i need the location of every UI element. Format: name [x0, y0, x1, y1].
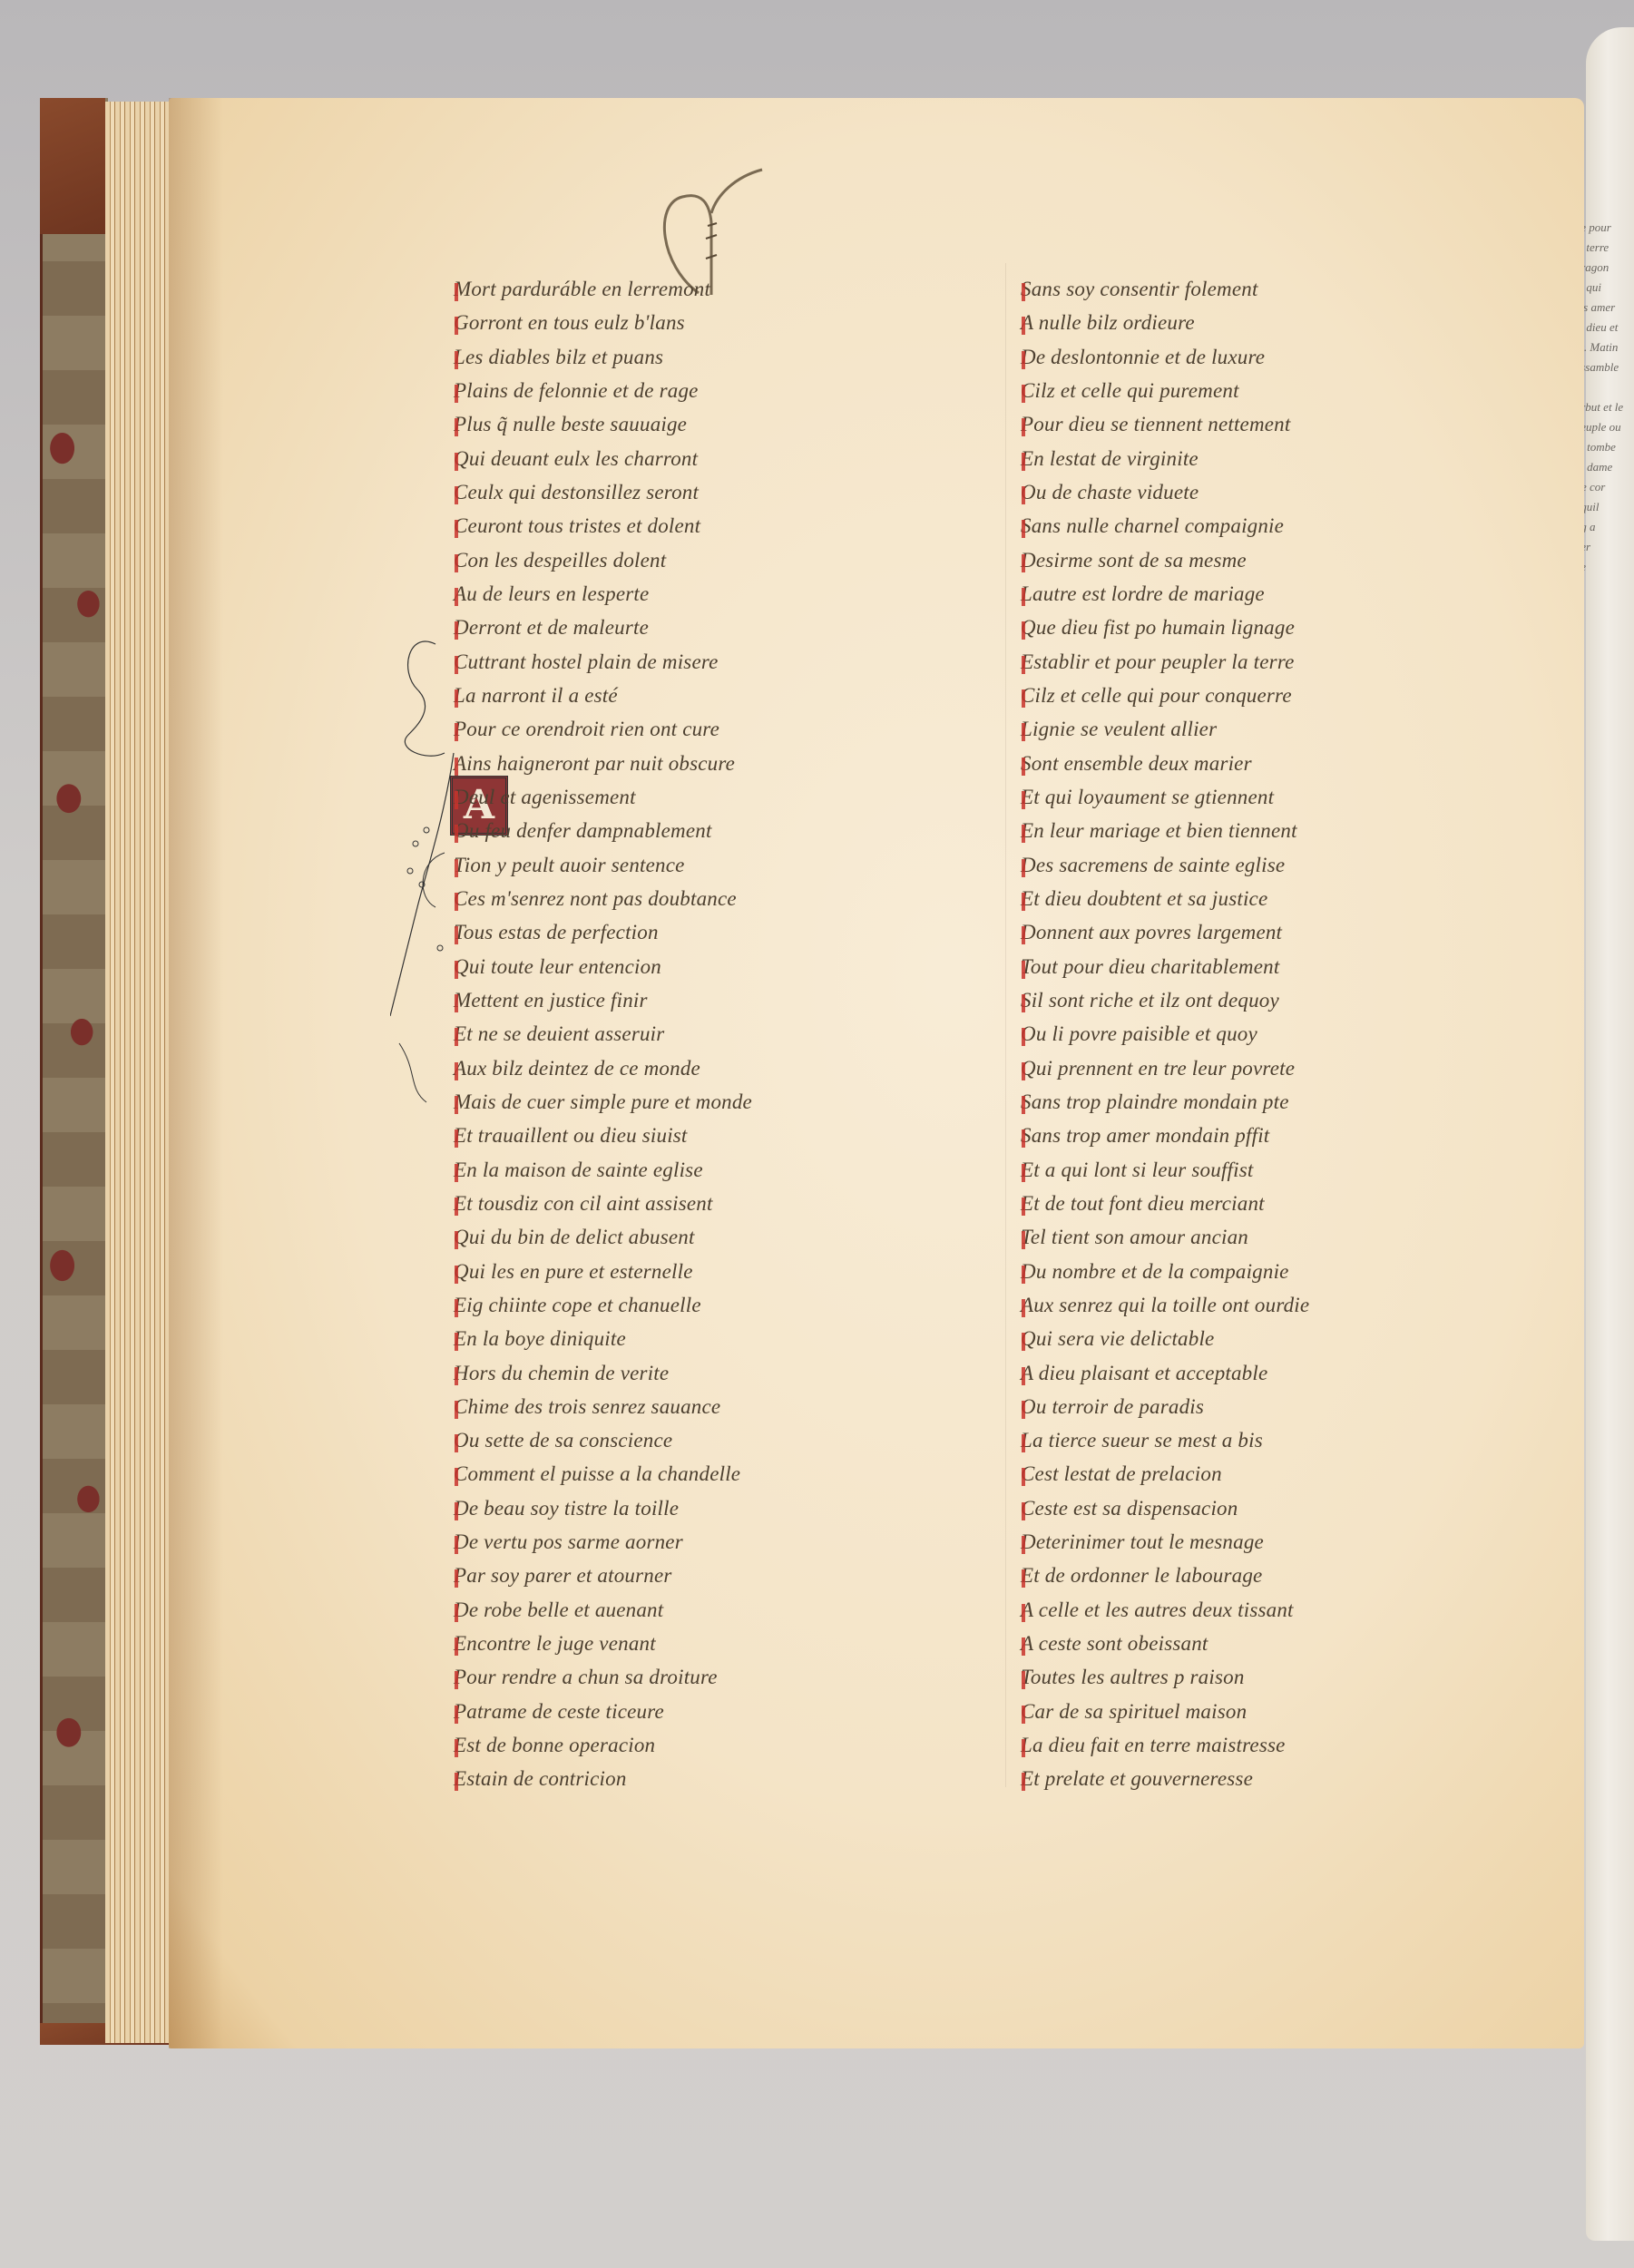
verse-line-text: ous estas de perfection — [464, 921, 659, 943]
rubricated-initial: E — [1021, 1564, 1033, 1587]
verse-line-text: ue dieu fist po humain lignage — [1036, 616, 1295, 639]
verse-line-text: ins haigneront par nuit obscure — [466, 752, 735, 775]
rubricated-initial: E — [1021, 887, 1033, 910]
verse-line: Sans trop plaindre mondain pte — [1021, 1085, 1474, 1119]
rubricated-initial: E — [1021, 650, 1033, 673]
verse-line-text: ui du bin de delict abusent — [469, 1226, 695, 1248]
verse-line-text: esirme sont de sa mesme — [1036, 549, 1247, 572]
rubricated-initial: T — [454, 854, 465, 876]
rubricated-initial: E — [454, 1158, 466, 1181]
verse-line-text: a narront il a esté — [465, 684, 618, 707]
verse-line-text: e robe belle et auenant — [469, 1598, 664, 1621]
rubricated-initial: D — [454, 1497, 469, 1520]
verse-line: Et ne se deuient asseruir — [454, 1017, 880, 1051]
rubricated-initial: E — [454, 1124, 466, 1147]
verse-line: Desirme sont de sa mesme — [1021, 543, 1474, 577]
verse-line: Et a qui lont si leur souffist — [1021, 1153, 1474, 1187]
rubricated-initial: Q — [454, 447, 469, 470]
verse-line: Du nombre et de la compaignie — [1021, 1255, 1474, 1288]
verse-line-text: t trauaillent ou dieu siuist — [466, 1124, 687, 1147]
verse-line-text: t de tout font dieu merciant — [1033, 1192, 1265, 1215]
verse-line-text: our ce orendroit rien ont cure — [466, 718, 719, 740]
verse-line-text: u terroir de paradis — [1036, 1395, 1204, 1418]
verse-line-text: t de ordonner le labourage — [1033, 1564, 1262, 1587]
rubricated-initial: D — [1021, 1530, 1036, 1553]
verse-line: De vertu pos sarme aorner — [454, 1525, 880, 1559]
verse-line-text: ui toute leur entencion — [469, 955, 661, 978]
verse-line: Et de ordonner le labourage — [1021, 1559, 1474, 1592]
rubricated-initial: C — [1021, 379, 1035, 402]
verse-line: En lestat de virginite — [1021, 442, 1474, 475]
verse-line: Est de bonne operacion — [454, 1728, 880, 1762]
right-column-text: Sans soy consentir folementA nulle bilz … — [1021, 272, 1474, 1796]
verse-line-text: hime des trois senrez sauance — [468, 1395, 721, 1418]
verse-line-text: omment el puisse a la chandelle — [468, 1462, 741, 1485]
verse-line: Et dieu doubtent et sa justice — [1021, 882, 1474, 915]
verse-line: Et de tout font dieu merciant — [1021, 1187, 1474, 1220]
verse-line-text: our rendre a chun sa droiture — [466, 1666, 717, 1688]
verse-line: Ou terroir de paradis — [1021, 1390, 1474, 1423]
rubricated-initial: S — [1021, 1090, 1032, 1113]
verse-line-text: ux senrez qui la toille ont ourdie — [1033, 1294, 1309, 1316]
verse-line-text: stain de contricion — [466, 1767, 626, 1790]
verse-line: Establir et pour peupler la terre — [1021, 645, 1474, 679]
verse-line: Deul et agenissement — [454, 780, 880, 814]
verse-line-text: est lestat de prelacion — [1035, 1462, 1222, 1485]
rubricated-initial: A — [454, 752, 466, 775]
verse-line-text: ui deuant eulx les charront — [469, 447, 698, 470]
verse-line-text: este est sa dispensacion — [1035, 1497, 1238, 1520]
rubricated-initial: O — [454, 819, 469, 842]
verse-line: Comment el puisse a la chandelle — [454, 1457, 880, 1491]
verse-line-text: ui prennent en tre leur povrete — [1036, 1057, 1295, 1080]
pen-flourish-icon — [390, 635, 463, 1107]
rubricated-initial: P — [454, 413, 466, 435]
verse-line: Et trauaillent ou dieu siuist — [454, 1119, 880, 1152]
verse-line: De robe belle et auenant — [454, 1593, 880, 1627]
verse-line: Et prelate et gouverneresse — [1021, 1762, 1474, 1795]
verse-line: Et tousdiz con cil aint assisent — [454, 1187, 880, 1220]
verse-line-text: ui les en pure et esternelle — [469, 1260, 693, 1283]
rubricated-initial: Q — [454, 1260, 469, 1283]
verse-line: Les diables bilz et puans — [454, 340, 880, 374]
verse-line-text: n lestat de virginite — [1033, 447, 1199, 470]
rubricated-initial: C — [1021, 684, 1035, 707]
verse-line: Donnent aux povres largement — [1021, 915, 1474, 949]
verse-line-text: eulx qui destonsillez seront — [468, 481, 700, 503]
verse-line-text: ion y peult auoir sentence — [465, 854, 685, 876]
rubricated-initial: E — [454, 1734, 466, 1756]
verse-line-text: el tient son amour ancian — [1031, 1226, 1248, 1248]
verse-line-text: ux bilz deintez de ce monde — [466, 1057, 700, 1080]
verse-line: Eig chiinte cope et chanuelle — [454, 1288, 880, 1322]
verse-line: Pour rendre a chun sa droiture — [454, 1660, 880, 1694]
verse-line: Ains haigneront par nuit obscure — [454, 747, 880, 780]
verse-line: Par soy parer et atourner — [454, 1559, 880, 1592]
verse-line: Qui du bin de delict abusent — [454, 1220, 880, 1254]
verse-line-text: ans soy consentir folement — [1032, 278, 1258, 300]
rubricated-initial: D — [454, 786, 469, 808]
verse-line: Et qui loyaument se gtiennent — [1021, 780, 1474, 814]
verse-line: Ou sette de sa conscience — [454, 1423, 880, 1457]
gutter-shadow — [169, 98, 223, 2048]
rubricated-initial: D — [454, 616, 469, 639]
verse-line: Ou li povre paisible et quoy — [1021, 1017, 1474, 1051]
rubricated-initial: P — [454, 718, 466, 740]
verse-line: De deslontonnie et de luxure — [1021, 340, 1474, 374]
verse-line-text: ilz et celle qui purement — [1035, 379, 1239, 402]
verse-line: En la maison de sainte eglise — [454, 1153, 880, 1187]
rubricated-initial: P — [454, 1564, 466, 1587]
verse-line-text: u de leurs en lesperte — [466, 582, 649, 605]
verse-line-text: u de chaste viduete — [1036, 481, 1199, 503]
verse-line-text: ont ensemble deux marier — [1032, 752, 1252, 775]
verse-line: Pour ce orendroit rien ont cure — [454, 712, 880, 746]
verse-line-text: n la maison de sainte eglise — [466, 1158, 703, 1181]
rubricated-initial: C — [454, 549, 468, 572]
verse-line: Mort parduráble en lerremont — [454, 272, 880, 306]
verse-line-text: n leur mariage et bien tiennent — [1033, 819, 1296, 842]
verse-line: Estain de contricion — [454, 1762, 880, 1795]
verse-line: Ou feu denfer dampnablement — [454, 814, 880, 847]
rubricated-initial: D — [1021, 549, 1036, 572]
rubricated-initial: S — [1021, 278, 1032, 300]
verse-line: La dieu fait en terre maistresse — [1021, 1728, 1474, 1762]
verse-line-text: ans trop plaindre mondain pte — [1032, 1090, 1289, 1113]
verse-line: Qui deuant eulx les charront — [454, 442, 880, 475]
rubricated-initial: A — [454, 582, 466, 605]
verse-line-text: celle et les autres deux tissant — [1033, 1598, 1294, 1621]
verse-line-text: a tierce sueur se mest a bis — [1032, 1429, 1263, 1452]
verse-line: Aux bilz deintez de ce monde — [454, 1051, 880, 1085]
verse-line: Tout pour dieu charitablement — [1021, 950, 1474, 983]
rubricated-initial: C — [1021, 1462, 1035, 1485]
verse-line-text: ans nulle charnel compaignie — [1032, 514, 1284, 537]
rubricated-initial: M — [454, 1090, 471, 1113]
book-binding-marbled — [40, 98, 108, 2044]
verse-line-text: on les despeilles dolent — [468, 549, 667, 572]
rubricated-initial: O — [1021, 1395, 1036, 1418]
verse-line-text: eul et agenissement — [469, 786, 636, 808]
verse-line-text: ignie se veulent allier — [1032, 718, 1217, 740]
rubricated-initial: D — [454, 1598, 469, 1621]
verse-line-text: eterinimer tout le mesnage — [1036, 1530, 1264, 1553]
verse-line-text: ort parduráble en lerremont — [471, 278, 710, 300]
verse-line: Ceste est sa dispensacion — [1021, 1491, 1474, 1525]
rubricated-initial: L — [454, 346, 465, 368]
rubricated-initial: P — [454, 1700, 466, 1723]
verse-line: Cuttrant hostel plain de misere — [454, 645, 880, 679]
verse-line-text: e vertu pos sarme aorner — [469, 1530, 683, 1553]
verse-line: La tierce sueur se mest a bis — [1021, 1423, 1474, 1457]
left-column-text: Mort parduráble en lerremontGorront en t… — [454, 272, 880, 1796]
rubricated-initial: H — [454, 1362, 469, 1384]
rubricated-initial: S — [1021, 1124, 1032, 1147]
verse-line: Des sacremens de sainte eglise — [1021, 848, 1474, 882]
verse-line-text: a dieu fait en terre maistresse — [1032, 1734, 1286, 1756]
rubricated-initial: E — [454, 1022, 466, 1045]
verse-line: Car de sa spirituel maison — [1021, 1695, 1474, 1728]
rubricated-initial: A — [1021, 1362, 1033, 1384]
verse-line-text: dieu plaisant et acceptable — [1033, 1362, 1268, 1384]
rubricated-initial: P — [454, 379, 466, 402]
verse-line: Qui les en pure et esternelle — [454, 1255, 880, 1288]
verse-line: Sont ensemble deux marier — [1021, 747, 1474, 780]
rubricated-initial: D — [454, 1530, 469, 1553]
rubricated-initial: P — [1021, 413, 1033, 435]
verse-line-text: uttrant hostel plain de misere — [468, 650, 719, 673]
rubricated-initial: A — [1021, 311, 1033, 334]
verse-line-text: u feu denfer dampnablement — [469, 819, 712, 842]
verse-line-text: lains de felonnie et de rage — [466, 379, 698, 402]
rubricated-initial: S — [1021, 989, 1032, 1012]
verse-line-text: t ne se deuient asseruir — [466, 1022, 664, 1045]
verse-line: Qui prennent en tre leur povrete — [1021, 1051, 1474, 1085]
rubricated-initial: T — [1021, 1226, 1031, 1248]
verse-line: Sans soy consentir folement — [1021, 272, 1474, 306]
rubricated-initial: E — [1021, 819, 1033, 842]
verse-line: Derront et de maleurte — [454, 611, 880, 644]
verse-line-text: lus q̃ nulle beste sauuaige — [466, 413, 687, 435]
verse-line: Ceuront tous tristes et dolent — [454, 509, 880, 543]
rubricated-initial: C — [454, 1395, 468, 1418]
rubricated-initial: Q — [1021, 616, 1036, 639]
verse-line-text: outes les aultres p raison — [1031, 1666, 1245, 1688]
verse-line: Que dieu fist po humain lignage — [1021, 611, 1474, 644]
verse-line-text: t qui loyaument se gtiennent — [1033, 786, 1274, 808]
verse-line: Sans trop amer mondain pffit — [1021, 1119, 1474, 1152]
verse-line-text: euront tous tristes et dolent — [468, 514, 701, 537]
rubricated-initial: L — [1021, 582, 1032, 605]
verse-line: Chime des trois senrez sauance — [454, 1390, 880, 1423]
verse-line-text: ans trop amer mondain pffit — [1032, 1124, 1270, 1147]
verse-line: Con les despeilles dolent — [454, 543, 880, 577]
verse-line: Plus q̃ nulle beste sauuaige — [454, 407, 880, 441]
rubricated-initial: Q — [454, 955, 469, 978]
verse-line-text: ilz et celle qui pour conquerre — [1035, 684, 1292, 707]
verse-line-text: ors du chemin de verite — [469, 1362, 669, 1384]
verse-line: Ces m'senrez nont pas doubtance — [454, 882, 880, 915]
rubricated-initial: T — [1021, 955, 1031, 978]
rubricated-initial: M — [454, 989, 471, 1012]
verse-line-text: n la boye diniquite — [466, 1327, 626, 1350]
rubricated-initial: E — [454, 1327, 466, 1350]
verse-line-text: ncontre le juge venant — [466, 1632, 656, 1655]
verse-line-text: es m'senrez nont pas doubtance — [468, 887, 737, 910]
rubricated-initial: L — [1021, 1429, 1032, 1452]
verse-line: Patrame de ceste ticeure — [454, 1695, 880, 1728]
verse-line-text: out pour dieu charitablement — [1031, 955, 1280, 978]
verse-line: Encontre le juge venant — [454, 1627, 880, 1660]
verse-line-text: t a qui lont si leur souffist — [1033, 1158, 1253, 1181]
verse-line: Ceulx qui destonsillez seront — [454, 475, 880, 509]
verse-line: Toutes les aultres p raison — [1021, 1660, 1474, 1694]
rubricated-initial: G — [454, 311, 469, 334]
column-ruling-line — [1005, 263, 1006, 1787]
rubricated-initial: D — [1021, 346, 1036, 368]
rubricated-initial: O — [1021, 1022, 1036, 1045]
rubricated-initial: M — [454, 278, 471, 300]
verse-line: Plains de felonnie et de rage — [454, 374, 880, 407]
rubricated-initial: L — [1021, 1734, 1032, 1756]
rubricated-initial: C — [454, 514, 468, 537]
verse-line: Cilz et celle qui purement — [1021, 374, 1474, 407]
rubricated-initial: A — [1021, 1632, 1033, 1655]
rubricated-initial: C — [1021, 1700, 1035, 1723]
verse-line-text: erront et de maleurte — [469, 616, 649, 639]
rubricated-initial: A — [454, 1057, 466, 1080]
verse-line-text: ig chiinte cope et chanuelle — [466, 1294, 701, 1316]
verse-line-text: stablir et pour peupler la terre — [1033, 650, 1294, 673]
verse-line: En la boye diniquite — [454, 1322, 880, 1355]
page-edges-stack — [105, 102, 171, 2043]
verse-line: La narront il a esté — [454, 679, 880, 712]
verse-line-text: u sette de sa conscience — [469, 1429, 673, 1452]
rubricated-initial: E — [454, 1767, 466, 1790]
verse-line: Qui toute leur entencion — [454, 950, 880, 983]
verse-line-text: t dieu doubtent et sa justice — [1033, 887, 1267, 910]
verse-line-text: es sacremens de sainte eglise — [1036, 854, 1286, 876]
rubricated-initial: Q — [1021, 1327, 1036, 1350]
verse-line: Deterinimer tout le mesnage — [1021, 1525, 1474, 1559]
verse-line: Lignie se veulent allier — [1021, 712, 1474, 746]
verse-line: Tel tient son amour ancian — [1021, 1220, 1474, 1254]
verse-line-text: ar soy parer et atourner — [466, 1564, 671, 1587]
rubricated-initial: O — [454, 1429, 469, 1452]
rubricated-initial: E — [1021, 447, 1033, 470]
rubricated-initial: D — [1021, 854, 1036, 876]
verse-line-text: autre est lordre de mariage — [1032, 582, 1265, 605]
verse-line: Cilz et celle qui pour conquerre — [1021, 679, 1474, 712]
verse-line-text: onnent aux povres largement — [1036, 921, 1282, 943]
rubricated-initial: E — [1021, 1767, 1033, 1790]
rubricated-initial: T — [1021, 1666, 1031, 1688]
verse-line-text: atrame de ceste ticeure — [466, 1700, 664, 1723]
rubricated-initial: P — [454, 1666, 466, 1688]
verse-line-text: orront en tous eulz b'lans — [469, 311, 685, 334]
rubricated-initial: C — [454, 650, 468, 673]
verse-line: A dieu plaisant et acceptable — [1021, 1356, 1474, 1390]
verse-line-text: ceste sont obeissant — [1033, 1632, 1208, 1655]
verse-line: Ou de chaste viduete — [1021, 475, 1474, 509]
verse-line-text: ettent en justice finir — [471, 989, 647, 1012]
verse-line-text: ar de sa spirituel maison — [1035, 1700, 1248, 1723]
rubricated-initial: A — [1021, 1294, 1033, 1316]
verse-line: Gorront en tous eulz b'lans — [454, 306, 880, 339]
rubricated-initial: D — [1021, 1260, 1036, 1283]
verse-line: Lautre est lordre de mariage — [1021, 577, 1474, 611]
verse-line: Sil sont riche et ilz ont dequoy — [1021, 983, 1474, 1017]
rubricated-initial: O — [1021, 481, 1036, 503]
verse-line-text: u nombre et de la compaignie — [1036, 1260, 1289, 1283]
rubricated-initial: T — [454, 921, 464, 943]
rubricated-initial: A — [1021, 1598, 1033, 1621]
verse-line: A celle et les autres deux tissant — [1021, 1593, 1474, 1627]
rubricated-initial: S — [1021, 514, 1032, 537]
verse-line-text: e deslontonnie et de luxure — [1036, 346, 1265, 368]
rubricated-initial: E — [454, 1192, 466, 1215]
rubricated-initial: Q — [1021, 1057, 1036, 1080]
rubricated-initial: L — [454, 684, 465, 707]
rubricated-initial: L — [1021, 718, 1032, 740]
rubricated-initial: E — [1021, 1158, 1033, 1181]
verse-line-text: ais de cuer simple pure et monde — [471, 1090, 752, 1113]
verse-line-text: our dieu se tiennent nettement — [1033, 413, 1290, 435]
rubricated-initial: C — [454, 481, 468, 503]
verse-line: Mettent en justice finir — [454, 983, 880, 1017]
rubricated-initial: D — [1021, 921, 1036, 943]
verse-line: Aux senrez qui la toille ont ourdie — [1021, 1288, 1474, 1322]
rubricated-initial: S — [1021, 752, 1032, 775]
verse-line-text: t tousdiz con cil aint assisent — [466, 1192, 712, 1215]
verse-line-text: es diables bilz et puans — [465, 346, 663, 368]
verse-line: Au de leurs en lesperte — [454, 577, 880, 611]
verse-line: Pour dieu se tiennent nettement — [1021, 407, 1474, 441]
rubricated-initial: E — [1021, 1192, 1033, 1215]
verse-line: Hors du chemin de verite — [454, 1356, 880, 1390]
rubricated-initial: E — [454, 1294, 466, 1316]
verse-line: A ceste sont obeissant — [1021, 1627, 1474, 1660]
verse-line: De beau soy tistre la toille — [454, 1491, 880, 1525]
verse-line: Sans nulle charnel compaignie — [1021, 509, 1474, 543]
rubricated-initial: C — [1021, 1497, 1035, 1520]
verse-line-text: il sont riche et ilz ont dequoy — [1032, 989, 1279, 1012]
verse-line-text: e beau soy tistre la toille — [469, 1497, 679, 1520]
rubricated-initial: C — [454, 887, 468, 910]
verse-line: Qui sera vie delictable — [1021, 1322, 1474, 1355]
verse-line-text: nulle bilz ordieure — [1033, 311, 1195, 334]
verse-line: Tion y peult auoir sentence — [454, 848, 880, 882]
rubricated-initial: Q — [454, 1226, 469, 1248]
verse-line-text: u li povre paisible et quoy — [1036, 1022, 1257, 1045]
verse-line: En leur mariage et bien tiennent — [1021, 814, 1474, 847]
rubricated-initial: E — [1021, 786, 1033, 808]
verse-line: A nulle bilz ordieure — [1021, 306, 1474, 339]
verse-line-text: ui sera vie delictable — [1036, 1327, 1215, 1350]
verse-line-text: t prelate et gouverneresse — [1033, 1767, 1253, 1790]
book-binding-leather-corner-top — [40, 98, 105, 234]
rubricated-initial: C — [454, 1462, 468, 1485]
verse-line: Tous estas de perfection — [454, 915, 880, 949]
verse-line-text: st de bonne operacion — [466, 1734, 655, 1756]
verse-line: Mais de cuer simple pure et monde — [454, 1085, 880, 1119]
verse-line: Cest lestat de prelacion — [1021, 1457, 1474, 1491]
rubricated-initial: E — [454, 1632, 466, 1655]
